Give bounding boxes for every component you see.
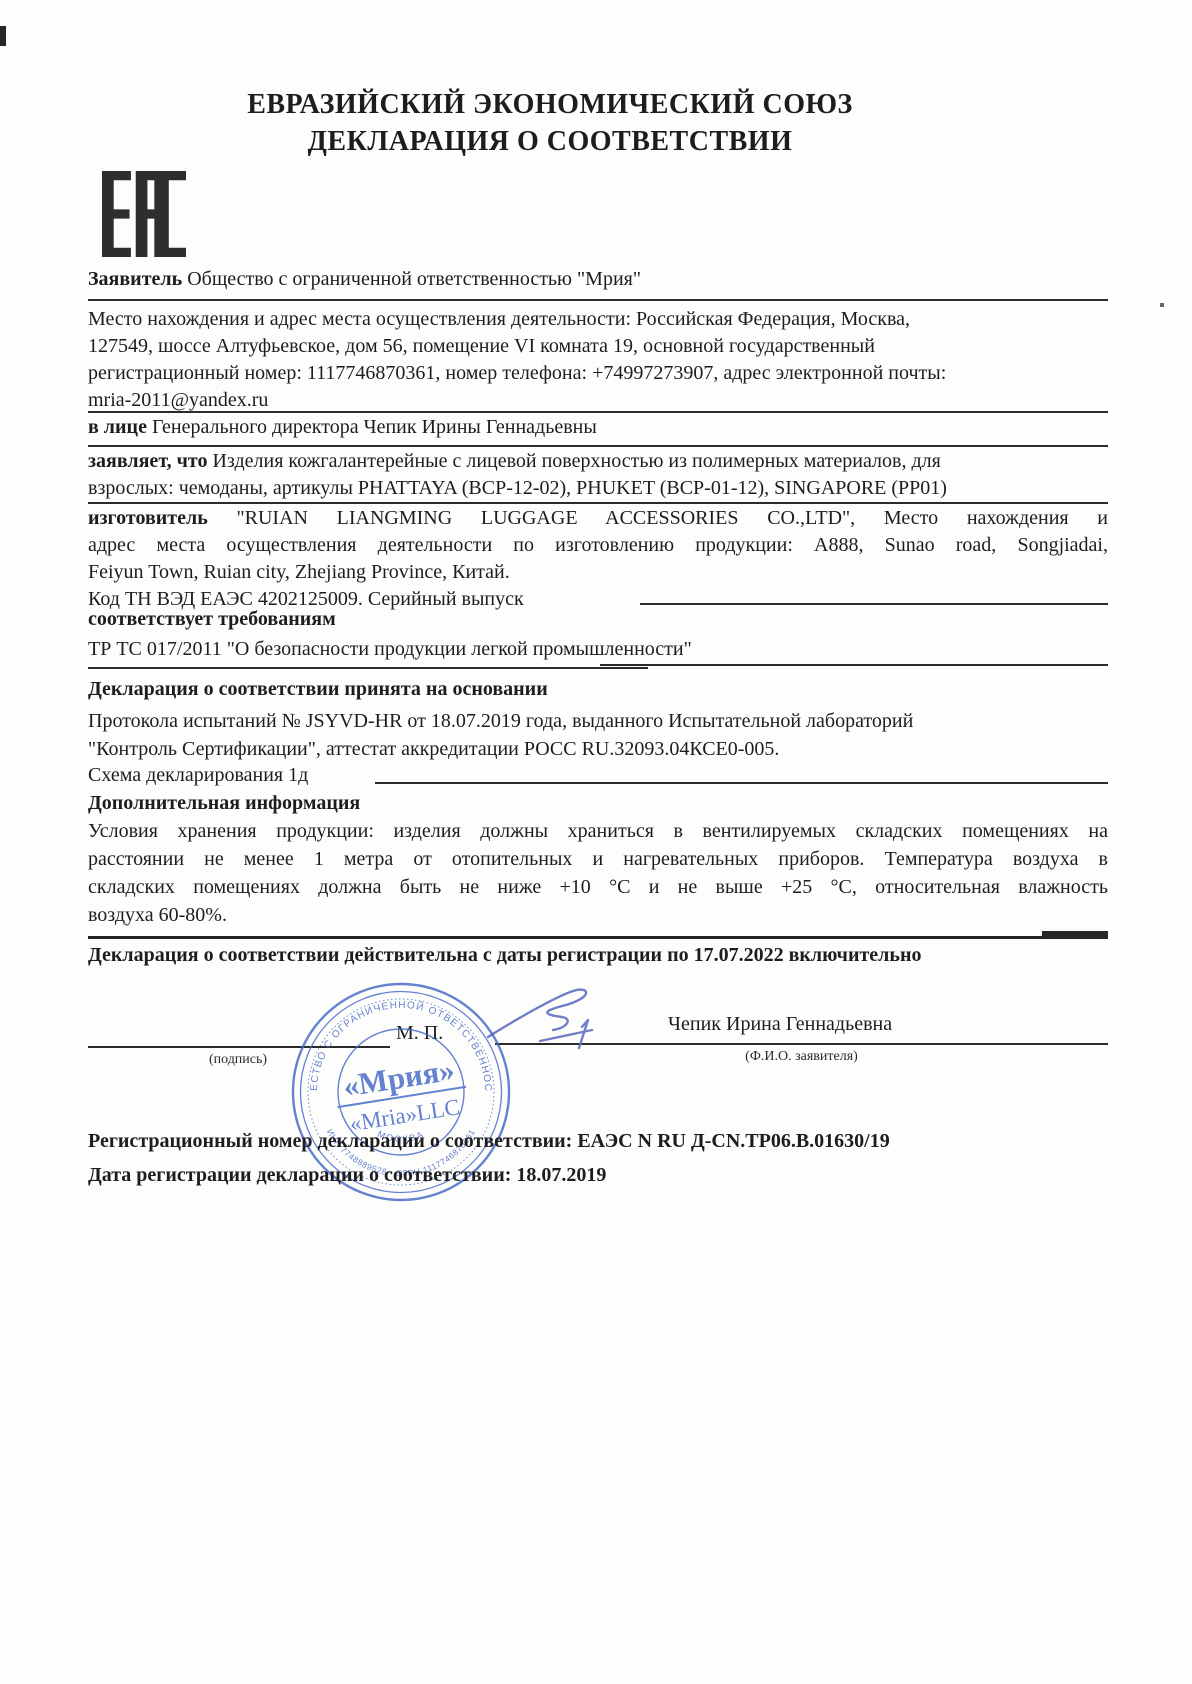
scan-artifact-top-left [0, 26, 6, 46]
address-line-email: mria-2011@yandex.ru [88, 387, 1108, 414]
declares-product: Изделия кожгалантерейные с лицевой повер… [212, 450, 940, 472]
manufacturer-name: "RUIAN LIANGMING LUGGAGE ACCESSORIES CO.… [236, 507, 1108, 529]
manufacturer-address: адрес места осуществления деятельности п… [88, 532, 1108, 559]
storage-line-end: воздуха 60-80%. [88, 902, 1108, 929]
declares-articles: взрослых: чемоданы, артикулы PHATTAYA (B… [88, 475, 1108, 502]
declaration-document: ЕВРАЗИЙСКИЙ ЭКОНОМИЧЕСКИЙ СОЮЗ ДЕКЛАРАЦИ… [0, 0, 1192, 1684]
signer-name: Чепик Ирина Геннадьевна [668, 1011, 1008, 1038]
basis-protocol: Протокола испытаний № JSYVD-HR от 18.07.… [88, 708, 1108, 735]
person-row: в лице Генерального директора Чепик Ирин… [88, 414, 1108, 441]
complies-regulation: ТР ТС 017/2011 "О безопасности продукции… [88, 636, 1108, 663]
scan-speck [1160, 303, 1164, 307]
declares-row: заявляет, что Изделия кожгалантерейные с… [88, 448, 1108, 475]
manufacturer-label: изготовитель [88, 507, 208, 529]
scheme-row: Схема декларирования 1д [88, 762, 1108, 789]
person-value: Генерального директора Чепик Ирины Генна… [152, 416, 597, 438]
divider-partial [640, 603, 1108, 605]
basis-accreditation: "Контроль Сертификации", аттестат аккред… [88, 736, 1108, 763]
eac-mark-icon [102, 171, 186, 257]
registration-date-row: Дата регистрации декларации о соответств… [88, 1162, 1108, 1189]
divider [600, 664, 1108, 666]
divider [88, 667, 648, 669]
divider [88, 445, 1108, 447]
applicant-label: Заявитель [88, 268, 182, 290]
storage-line: Условия хранения продукции: изделия долж… [88, 818, 1108, 845]
declares-label: заявляет, что [88, 450, 207, 472]
divider-partial [375, 782, 1108, 784]
validity-row: Декларация о соответствии действительна … [88, 942, 1108, 969]
manufacturer-address-end: Feiyun Town, Ruian city, Zhejiang Provin… [88, 559, 1108, 586]
divider [88, 299, 1108, 301]
storage-line: складских помещениях должна быть не ниже… [88, 874, 1108, 901]
storage-line: расстоянии не менее 1 метра от отопитель… [88, 846, 1108, 873]
title-line-2: ДЕКЛАРАЦИЯ О СООТВЕТСТВИИ [88, 123, 1012, 160]
applicant-row: Заявитель Общество с ограниченной ответс… [88, 266, 1108, 293]
registration-number-row: Регистрационный номер декларации о соотв… [88, 1128, 1108, 1155]
manufacturer-row: изготовитель "RUIAN LIANGMING LUGGAGE AC… [88, 505, 1108, 532]
signature-caption: (подпись) [88, 1052, 388, 1068]
additional-label: Дополнительная информация [88, 790, 1108, 817]
address-line: 127549, шоссе Алтуфьевское, дом 56, поме… [88, 333, 1108, 360]
divider [88, 411, 1108, 413]
document-title: ЕВРАЗИЙСКИЙ ЭКОНОМИЧЕСКИЙ СОЮЗ ДЕКЛАРАЦИ… [88, 86, 1012, 160]
person-label: в лице [88, 416, 147, 438]
address-line: Место нахождения и адрес места осуществл… [88, 306, 1108, 333]
address-line: регистрационный номер: 1117746870361, но… [88, 360, 1108, 387]
applicant-value: Общество с ограниченной ответственностью… [187, 268, 641, 290]
divider [88, 502, 1108, 504]
basis-label: Декларация о соответствии принята на осн… [88, 676, 1108, 703]
title-line-1: ЕВРАЗИЙСКИЙ ЭКОНОМИЧЕСКИЙ СОЮЗ [88, 86, 1012, 123]
signature-line [88, 1046, 390, 1048]
divider-thick [88, 936, 1108, 939]
scan-ink-blot [1042, 931, 1108, 938]
handwritten-signature [470, 975, 630, 1060]
complies-label: соответствует требованиям [88, 606, 1108, 633]
